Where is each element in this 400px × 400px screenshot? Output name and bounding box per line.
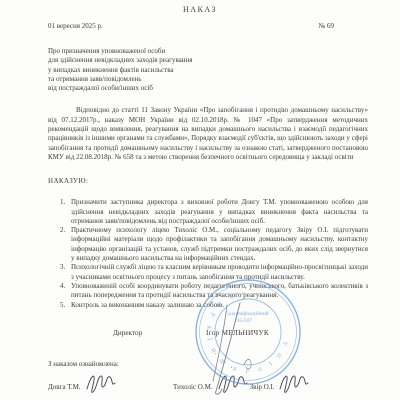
item-text: Призначити заступника директора з виховн…: [71, 198, 368, 226]
subject-line: Про призначення уповноваженої особи: [48, 47, 400, 56]
signatory: Довга Т.М.: [48, 379, 173, 395]
order-item: 2. Практичному психологу ліцею Тихоліс О…: [60, 226, 368, 263]
order-item: 1. Призначити заступника директора з вих…: [60, 198, 368, 226]
item-number: 5.: [60, 301, 71, 310]
subject-line: від постраждалої особи/інших осіб: [48, 84, 400, 93]
order-number: № 69: [319, 22, 334, 30]
item-number: 2.: [60, 226, 71, 235]
subject-line: та отримання заяв/повідомлень: [48, 75, 400, 84]
handwritten-signature-icon: [84, 371, 118, 395]
subject-line: для здійснення невідкладних заходів реаг…: [48, 56, 400, 65]
order-document-page: НАКАЗ 01 вересня 2025 р. № 69 Про призна…: [0, 0, 400, 400]
director-handwritten-signature-icon: [200, 293, 270, 399]
order-date: 01 вересня 2025 р.: [48, 22, 103, 30]
item-text: Практичному психологу ліцею Тихоліс О.М.…: [71, 226, 368, 263]
subject-block: Про призначення уповноваженої особи для …: [48, 47, 400, 93]
preamble-paragraph: Відповідно до статті 11 Закону України «…: [48, 106, 368, 162]
date-number-row: 01 вересня 2025 р. № 69: [48, 22, 352, 30]
item-number: 4.: [60, 282, 71, 291]
order-word: НАКАЗУЮ:: [48, 177, 400, 185]
subject-line: у випадках виникнення фактів насильства: [48, 66, 400, 75]
signatory-name: Довга Т.М.: [48, 383, 81, 391]
document-title: НАКАЗ: [0, 0, 400, 14]
item-number: 3.: [60, 263, 71, 272]
director-label: Директор: [113, 329, 142, 337]
item-number: 1.: [60, 198, 71, 207]
